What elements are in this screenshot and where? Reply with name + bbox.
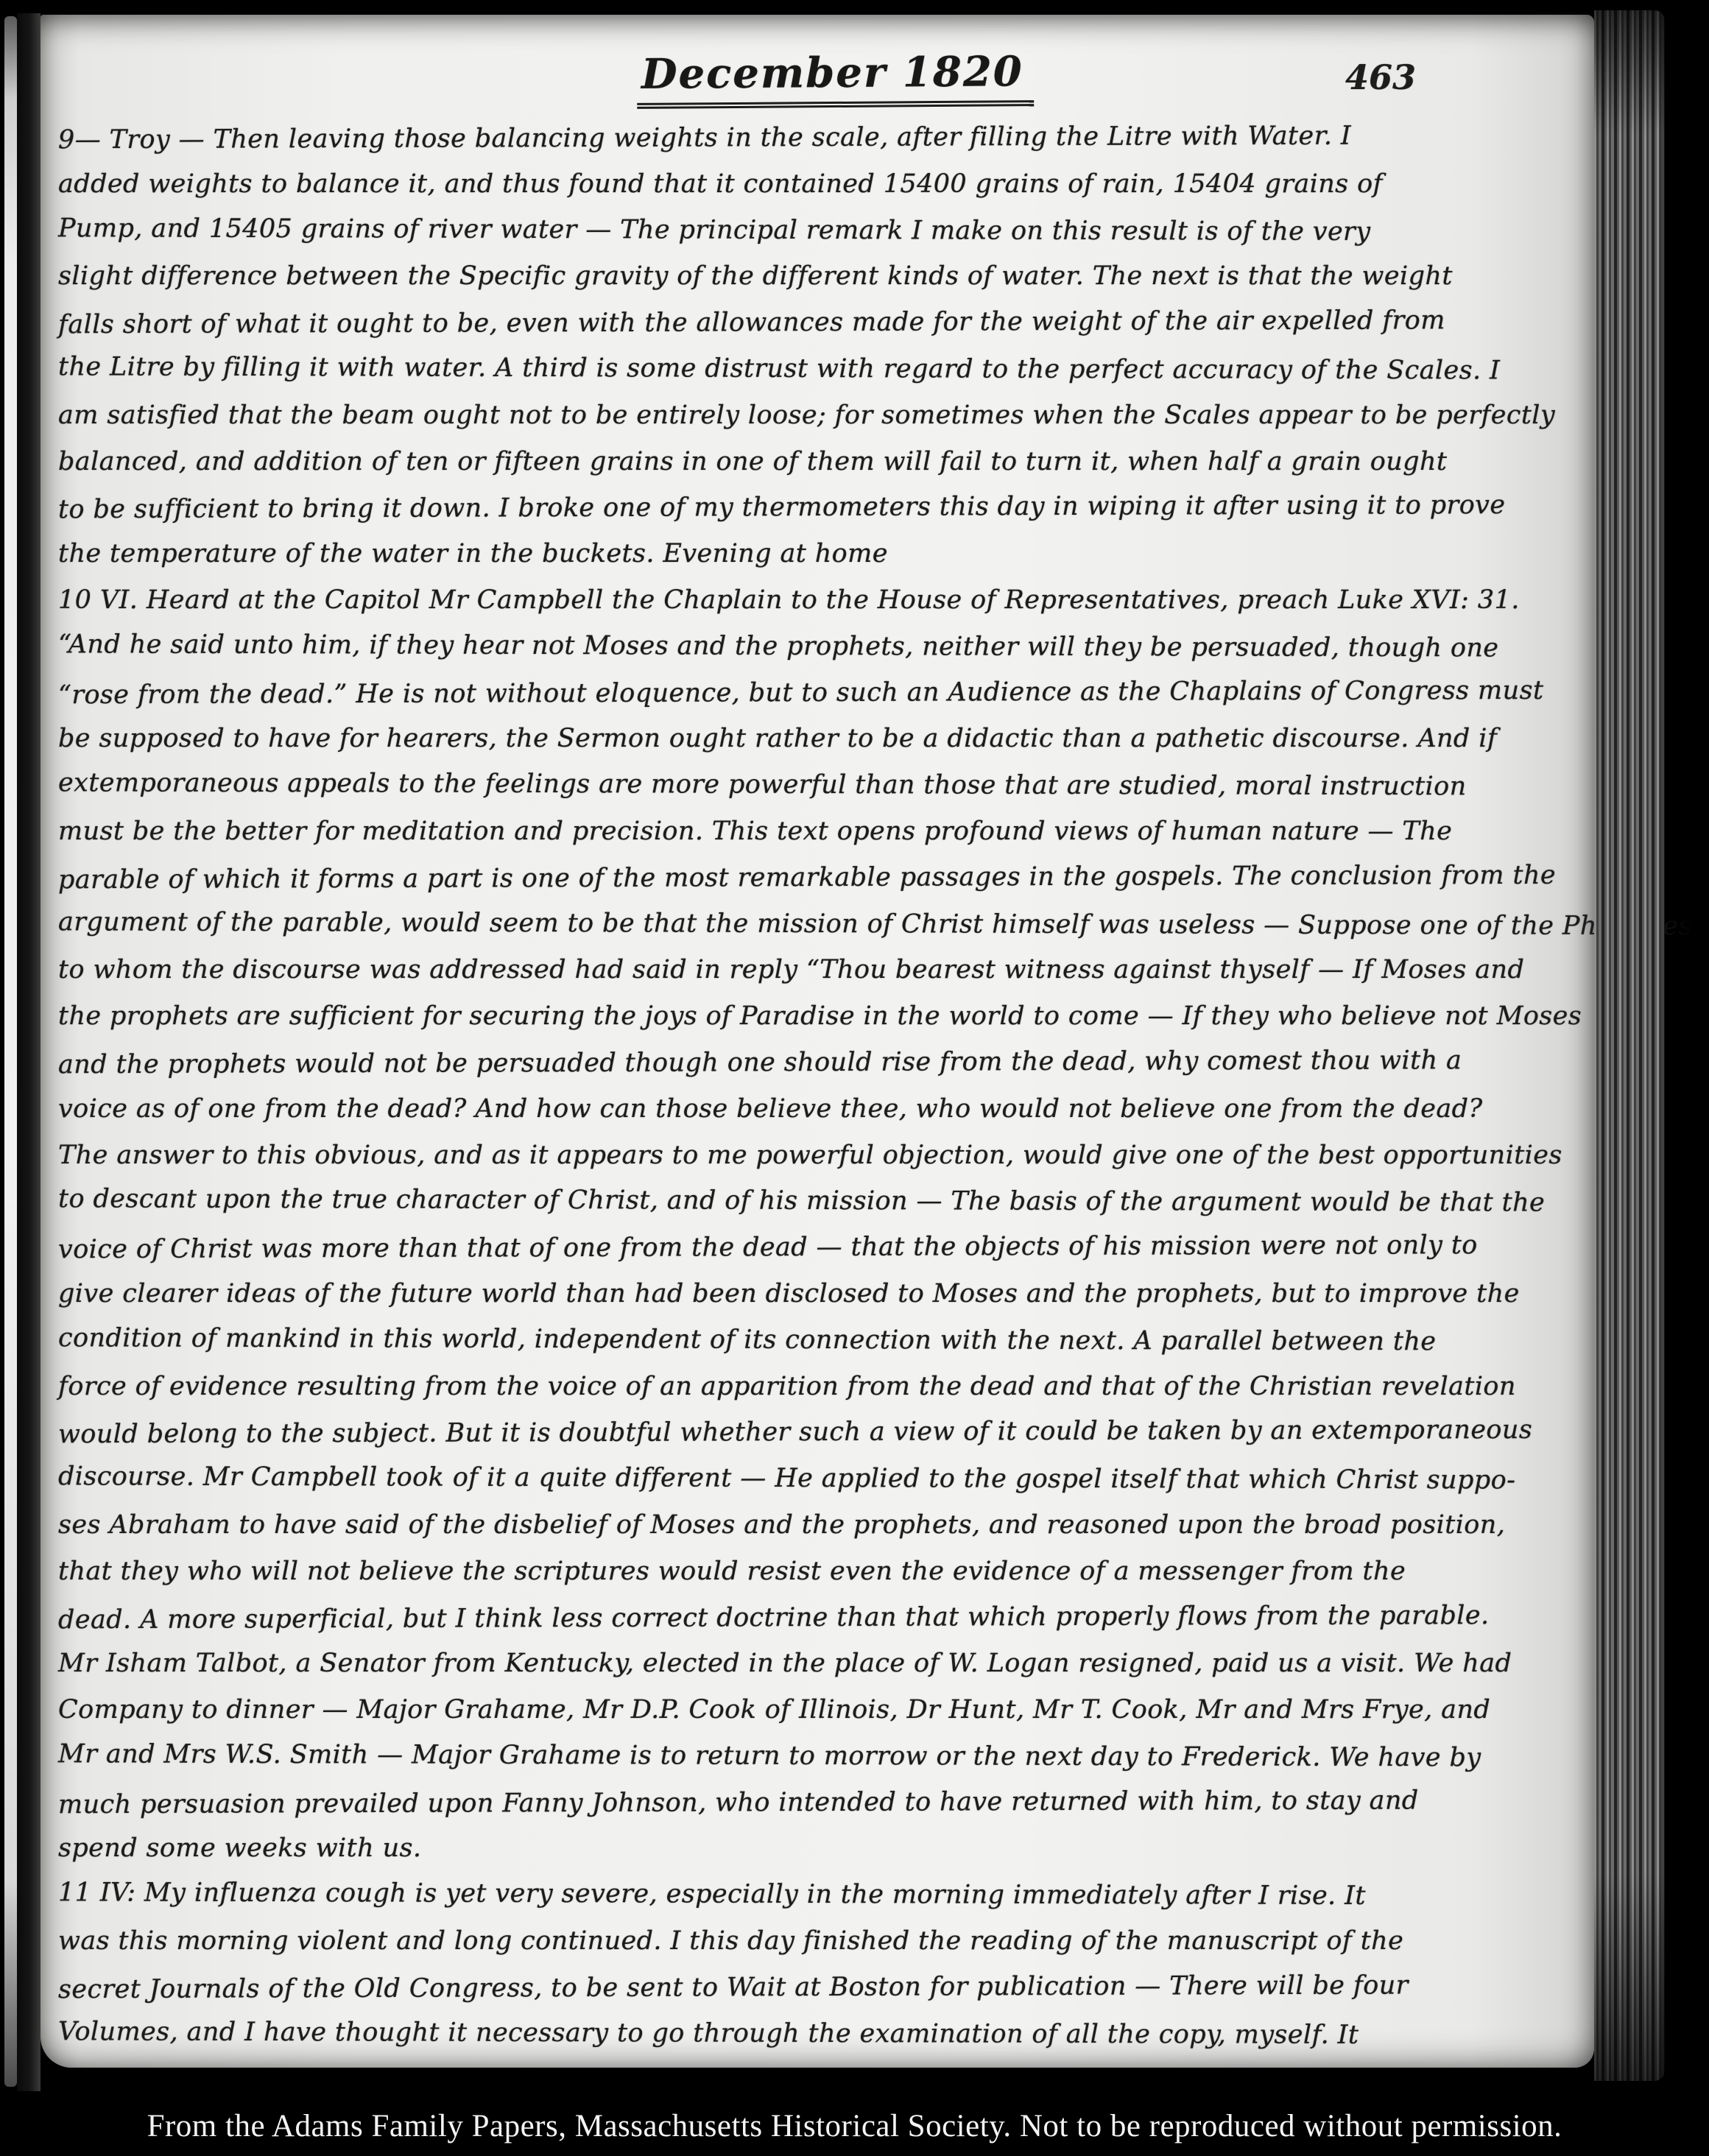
manuscript-line: voice as of one from the dead? And how c… (58, 1086, 1576, 1132)
archive-credit-text: From the Adams Family Papers, Massachuse… (0, 2108, 1709, 2144)
manuscript-line: 10 VI. Heard at the Capitol Mr Campbell … (58, 577, 1576, 624)
manuscript-line: be supposed to have for hearers, the Ser… (58, 716, 1576, 762)
facing-page-edge (4, 16, 17, 2087)
manuscript-lines: 9— Troy — Then leaving those balancing w… (58, 115, 1576, 2057)
manuscript-line: 11 IV: My influenza cough is yet very se… (58, 1870, 1576, 1920)
right-edge-fade (1660, 0, 1709, 2156)
manuscript-line: voice of Christ was more than that of on… (58, 1222, 1576, 1273)
manuscript-paper: December 1820 463 9— Troy — Then leaving… (40, 15, 1594, 2068)
manuscript-line: much persuasion prevailed upon Fanny Joh… (58, 1777, 1576, 1828)
manuscript-line: dead. A more superficial, but I think le… (58, 1592, 1576, 1643)
manuscript-line: Mr and Mrs W.S. Smith — Major Grahame is… (58, 1731, 1576, 1781)
manuscript-line: added weights to balance it, and thus fo… (58, 161, 1576, 208)
manuscript-line: spend some weeks with us. (58, 1825, 1576, 1872)
book-gutter-shadow (17, 13, 40, 2091)
manuscript-line: The answer to this obvious, and as it ap… (58, 1132, 1576, 1179)
manuscript-line: to be sufficient to bring it down. I bro… (58, 482, 1576, 533)
manuscript-line: Pump, and 15405 grains of river water — … (58, 205, 1576, 256)
manuscript-line: argument of the parable, would seem to b… (58, 899, 1576, 949)
manuscript-line: and the prophets would not be persuaded … (58, 1038, 1576, 1088)
manuscript-line: discourse. Mr Campbell took of it a quit… (58, 1454, 1576, 1504)
manuscript-line: 9— Troy — Then leaving those balancing w… (58, 113, 1576, 163)
manuscript-line: “rose from the dead.” He is not without … (58, 667, 1576, 718)
manuscript-line: falls short of what it ought to be, even… (58, 297, 1576, 348)
manuscript-line: secret Journals of the Old Congress, to … (58, 1962, 1576, 2013)
manuscript-line: to descant upon the true character of Ch… (58, 1177, 1576, 1227)
manuscript-line: slight difference between the Specific g… (58, 253, 1576, 300)
manuscript-line: give clearer ideas of the future world t… (58, 1271, 1576, 1317)
manuscript-line: Company to dinner — Major Grahame, Mr D.… (58, 1687, 1576, 1733)
book-page-edges (1594, 10, 1665, 2081)
manuscript-line: force of evidence resulting from the voi… (58, 1364, 1576, 1410)
manuscript-line: extemporaneous appeals to the feelings a… (58, 760, 1576, 810)
scanned-diary-page: { "manuscript": { "title": "December 182… (0, 0, 1709, 2156)
manuscript-line: balanced, and addition of ten or fifteen… (58, 439, 1576, 485)
manuscript-line: Mr Isham Talbot, a Senator from Kentucky… (58, 1641, 1576, 1687)
page-number: 463 (1345, 57, 1416, 97)
manuscript-line: the prophets are sufficient for securing… (58, 993, 1576, 1040)
page-title: December 1820 (637, 47, 1034, 109)
manuscript-line: was this morning violent and long contin… (58, 1918, 1576, 1965)
manuscript-line: the temperature of the water in the buck… (58, 531, 1576, 577)
manuscript-line: must be the better for meditation and pr… (58, 808, 1576, 855)
manuscript-line: Volumes, and I have thought it necessary… (58, 2009, 1576, 2059)
manuscript-line: the Litre by filling it with water. A th… (58, 344, 1576, 394)
manuscript-line: to whom the discourse was addressed had … (58, 947, 1576, 993)
manuscript-line: that they who will not believe the scrip… (58, 1549, 1576, 1595)
manuscript-line: parable of which it forms a part is one … (58, 853, 1576, 903)
manuscript-line: condition of mankind in this world, inde… (58, 1315, 1576, 1365)
manuscript-line: ses Abraham to have said of the disbelie… (58, 1502, 1576, 1549)
manuscript-line: would belong to the subject. But it is d… (58, 1407, 1576, 1458)
manuscript-line: “And he said unto him, if they hear not … (58, 621, 1576, 672)
manuscript-line: am satisfied that the beam ought not to … (58, 392, 1576, 439)
